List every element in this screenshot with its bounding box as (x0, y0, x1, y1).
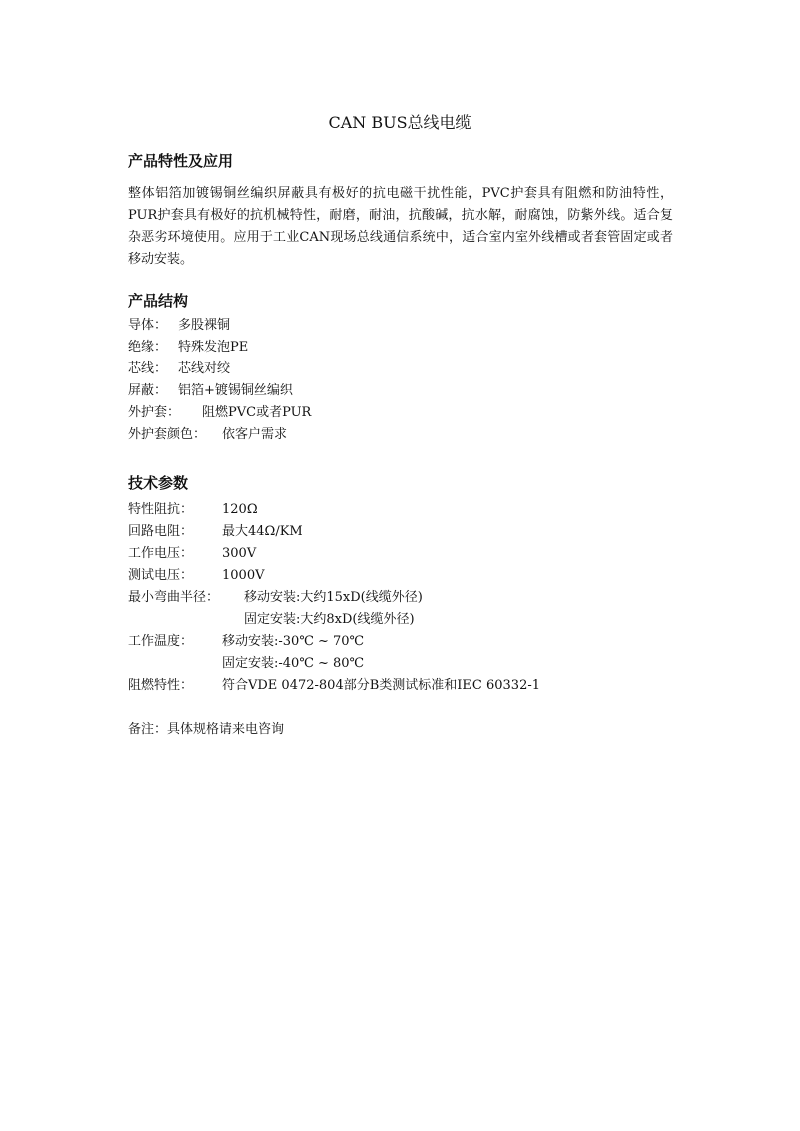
structure-label: 屏蔽： (128, 381, 167, 401)
structure-label: 外护套颜色： (128, 425, 206, 445)
structure-label: 导体： (128, 316, 167, 336)
section-heading-features: 产品特性及应用 (128, 150, 233, 171)
spec-row: 最小弯曲半径：移动安装:大约15xD(线缆外径) (128, 588, 219, 608)
structure-value: 阻燃PVC或者PUR (202, 403, 311, 423)
spec-value: 最大44Ω/KM (222, 522, 303, 542)
structure-value: 铝箔+镀锡铜丝编织 (178, 381, 293, 401)
structure-value: 特殊发泡PE (178, 338, 248, 358)
structure-label: 绝缘： (128, 338, 167, 358)
section-heading-specs: 技术参数 (128, 472, 188, 493)
structure-row: 导体：多股裸铜 (128, 316, 167, 336)
spec-row: 特性阻抗：120Ω (128, 500, 193, 520)
structure-row: 绝缘：特殊发泡PE (128, 338, 167, 358)
spec-value: 300V (222, 544, 256, 564)
spec-label: 工作电压： (128, 544, 193, 564)
structure-row: 外护套颜色：依客户需求 (128, 425, 206, 445)
document-title: CAN BUS总线电缆 (0, 110, 800, 133)
spec-row: 回路电阻：最大44Ω/KM (128, 522, 193, 542)
structure-value: 芯线对绞 (178, 359, 230, 379)
note: 备注：具体规格请来电咨询 (128, 720, 284, 740)
spec-value: 符合VDE 0472-804部分B类测试标准和IEC 60332-1 (222, 676, 540, 696)
spec-label: 特性阻抗： (128, 500, 193, 520)
structure-row: 屏蔽：铝箔+镀锡铜丝编织 (128, 381, 167, 401)
spec-row: 工作温度：移动安装:-30℃ ~ 70℃ (128, 632, 193, 652)
structure-row: 外护套：阻燃PVC或者PUR (128, 403, 180, 423)
structure-value: 依客户需求 (222, 425, 287, 445)
spec-value: 1000V (222, 566, 264, 586)
spec-value: 移动安装:大约15xD(线缆外径) (244, 588, 423, 608)
spec-row: 工作电压：300V (128, 544, 193, 564)
spec-row: 测试电压：1000V (128, 566, 193, 586)
structure-label: 芯线： (128, 359, 167, 379)
features-paragraph: 整体铝箔加镀锡铜丝编织屏蔽具有极好的抗电磁干扰性能，PVC护套具有阻燃和防油特性… (128, 183, 673, 271)
spec-value: 固定安装:-40℃ ~ 80℃ (222, 654, 364, 674)
spec-value: 移动安装:-30℃ ~ 70℃ (222, 632, 364, 652)
structure-label: 外护套： (128, 403, 180, 423)
structure-row: 芯线：芯线对绞 (128, 359, 167, 379)
spec-label: 阻燃特性： (128, 676, 193, 696)
spec-label: 工作温度： (128, 632, 193, 652)
spec-value: 120Ω (222, 500, 258, 520)
structure-value: 多股裸铜 (178, 316, 230, 336)
spec-row: 阻燃特性：符合VDE 0472-804部分B类测试标准和IEC 60332-1 (128, 676, 193, 696)
spec-value: 固定安装:大约8xD(线缆外径) (244, 610, 415, 630)
spec-label: 最小弯曲半径： (128, 588, 219, 608)
spec-label: 测试电压： (128, 566, 193, 586)
section-heading-structure: 产品结构 (128, 290, 188, 311)
spec-label: 回路电阻： (128, 522, 193, 542)
